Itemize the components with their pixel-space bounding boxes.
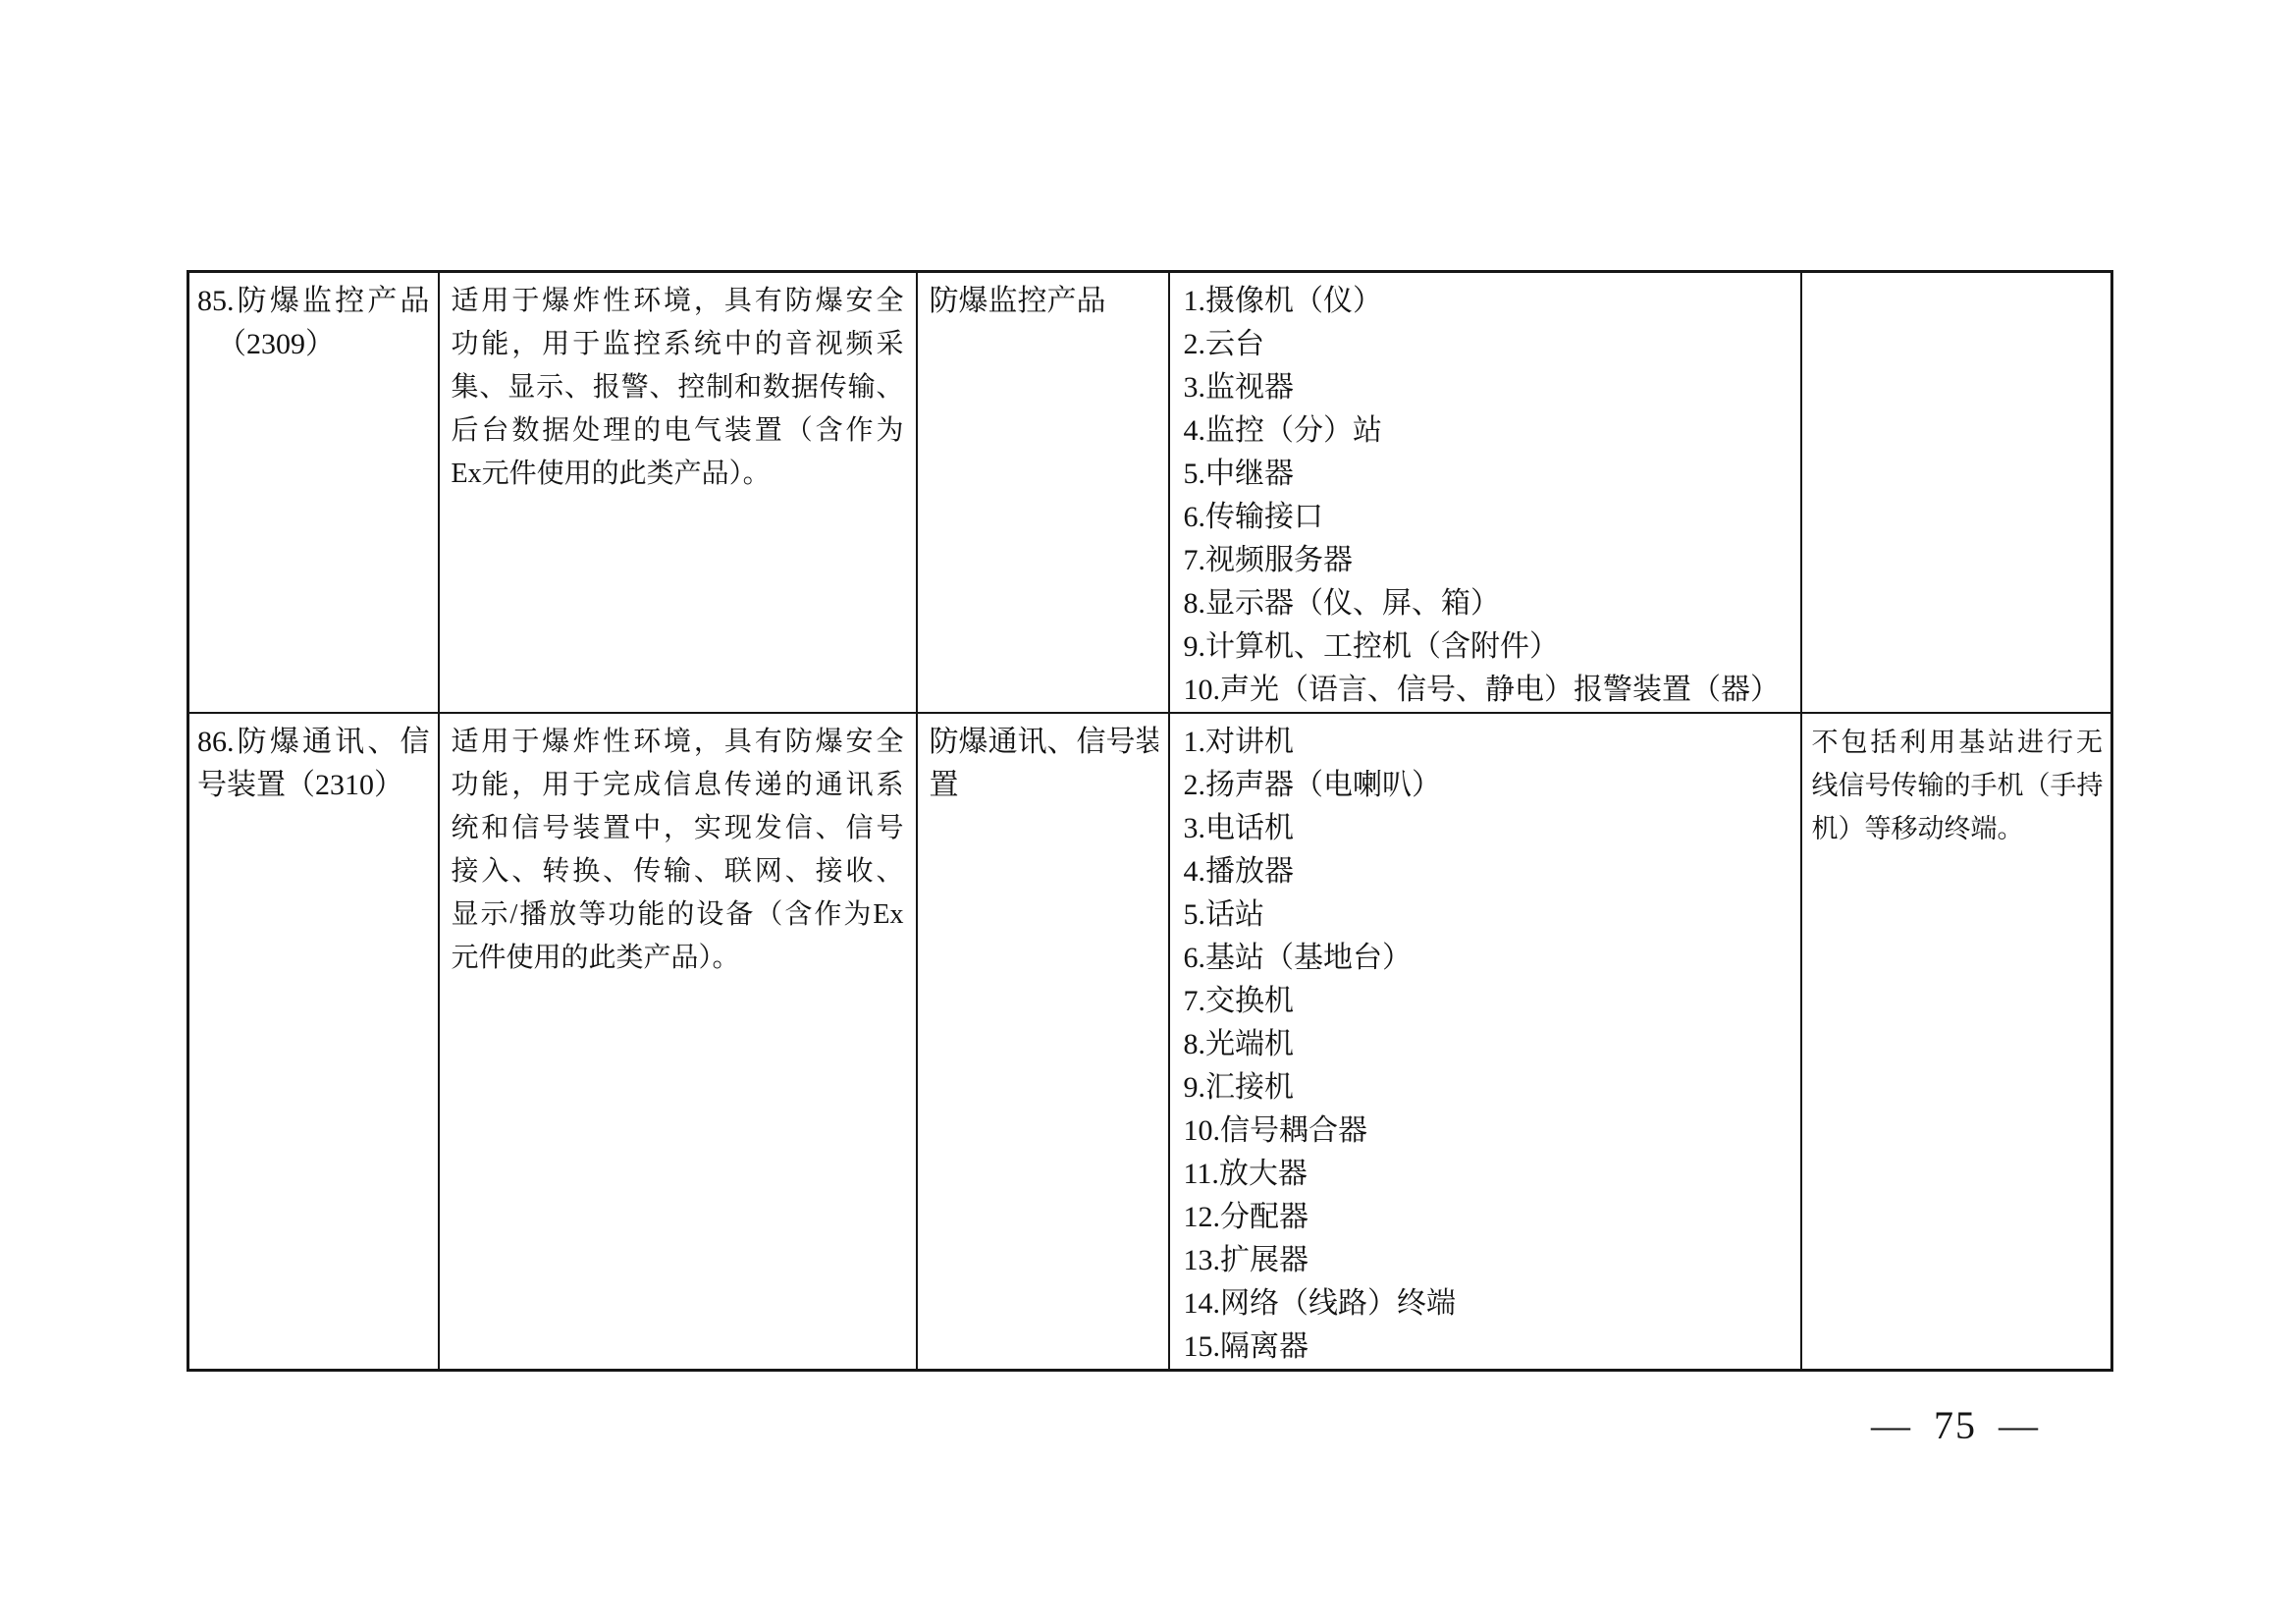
page-number: — 75 — [1871,1402,2040,1448]
product-item: 5.中继器 [1184,453,1794,496]
note-line: 机）等移动终端。 [1812,807,2104,850]
products-cell: 1.摄像机（仪） 2.云台 3.监视器 4.监控（分）站 5.中继器 6.传输接… [1169,272,1801,714]
product-item: 3.监视器 [1184,366,1794,409]
product-item: 12.分配器 [1184,1196,1794,1239]
table-row-item-85: 85.防爆监控产品 （2309） 适用于爆炸性环境，具有防爆安全 功能，用于监控… [188,272,2112,714]
item-id-cell: 85.防爆监控产品 （2309） [188,272,439,714]
scope-line: Ex元件使用的此类产品）。 [452,453,904,496]
category-cell: 防爆监控产品 [917,272,1169,714]
scope-line: 适用于爆炸性环境，具有防爆安全 [452,280,904,323]
product-item: 1.摄像机（仪） [1184,280,1794,323]
scope-line: 功能，用于完成信息传递的通讯系 [452,764,904,807]
product-item: 9.计算机、工控机（含附件） [1184,625,1794,669]
product-item: 2.云台 [1184,323,1794,366]
item-code-line: （2309） [197,323,430,366]
products-cell: 1.对讲机 2.扬声器（电喇叭） 3.电话机 4.播放器 5.话站 6.基站（基… [1169,713,1801,1371]
product-item: 1.对讲机 [1184,721,1794,764]
product-item: 8.光端机 [1184,1023,1794,1066]
scope-line: 接入、转换、传输、联网、接收、 [452,850,904,893]
product-catalog-table: 85.防爆监控产品 （2309） 适用于爆炸性环境，具有防爆安全 功能，用于监控… [187,270,2113,1372]
scope-line: 适用于爆炸性环境，具有防爆安全 [452,721,904,764]
product-item: 10.声光（语言、信号、静电）报警装置（器） [1184,669,1794,712]
product-item: 4.播放器 [1184,850,1794,893]
category-cell: 防爆通讯、信号装 置 [917,713,1169,1371]
table-row-item-86: 86.防爆通讯、信 号装置（2310） 适用于爆炸性环境，具有防爆安全 功能，用… [188,713,2112,1371]
product-item: 6.基站（基地台） [1184,937,1794,980]
scope-line: 显示/播放等功能的设备（含作为Ex [452,893,904,937]
product-item: 13.扩展器 [1184,1239,1794,1282]
note-line: 不包括利用基站进行无 [1812,721,2104,764]
scope-line: 元件使用的此类产品）。 [452,937,904,980]
notes-cell: 不包括利用基站进行无 线信号传输的手机（手持 机）等移动终端。 [1801,713,2112,1371]
product-item: 6.传输接口 [1184,496,1794,539]
product-item: 4.监控（分）站 [1184,409,1794,453]
product-item: 8.显示器（仪、屏、箱） [1184,582,1794,625]
category-line: 置 [930,764,1158,807]
item-code-line: 号装置（2310） [197,764,430,807]
document-page: 85.防爆监控产品 （2309） 适用于爆炸性环境，具有防爆安全 功能，用于监控… [0,0,2296,1624]
product-item: 7.交换机 [1184,980,1794,1023]
product-item: 2.扬声器（电喇叭） [1184,764,1794,807]
category-line: 防爆监控产品 [930,280,1158,323]
product-item: 11.放大器 [1184,1153,1794,1196]
product-item: 3.电话机 [1184,807,1794,850]
scope-cell: 适用于爆炸性环境，具有防爆安全 功能，用于完成信息传递的通讯系 统和信号装置中，… [439,713,917,1371]
product-item: 9.汇接机 [1184,1066,1794,1110]
product-item: 7.视频服务器 [1184,539,1794,582]
scope-line: 统和信号装置中，实现发信、信号 [452,807,904,850]
product-item: 15.隔离器 [1184,1326,1794,1369]
scope-line: 功能，用于监控系统中的音视频采 [452,323,904,366]
item-id-line: 86.防爆通讯、信 [197,721,430,764]
notes-cell [1801,272,2112,714]
scope-cell: 适用于爆炸性环境，具有防爆安全 功能，用于监控系统中的音视频采 集、显示、报警、… [439,272,917,714]
scope-line: 后台数据处理的电气装置（含作为 [452,409,904,453]
product-item: 5.话站 [1184,893,1794,937]
product-item: 10.信号耦合器 [1184,1110,1794,1153]
item-id-line: 85.防爆监控产品 [197,280,430,323]
item-id-cell: 86.防爆通讯、信 号装置（2310） [188,713,439,1371]
category-line: 防爆通讯、信号装 [930,721,1158,764]
product-item: 14.网络（线路）终端 [1184,1282,1794,1326]
scope-line: 集、显示、报警、控制和数据传输、 [452,366,904,409]
note-line: 线信号传输的手机（手持 [1812,764,2104,807]
